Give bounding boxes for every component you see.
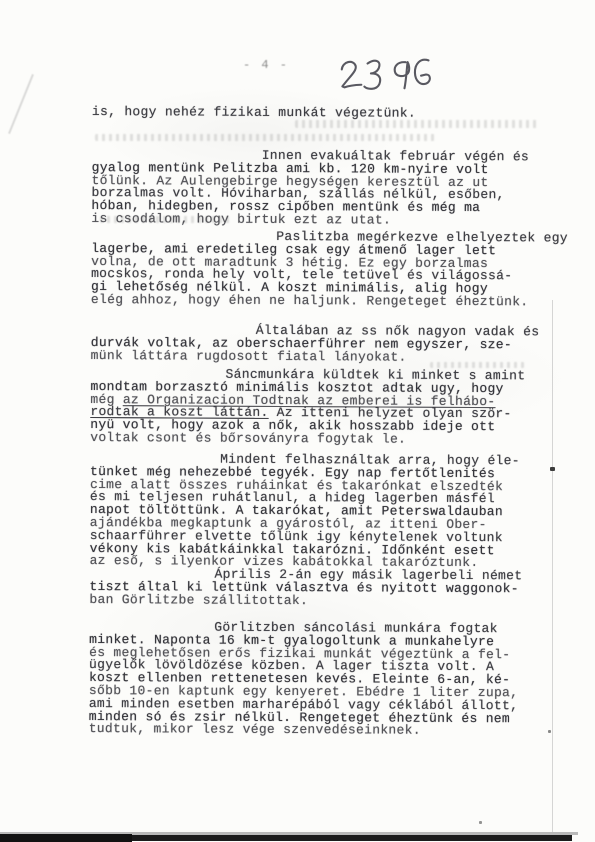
text-line: voltak csont és bőrsoványra fogytak le.: [90, 432, 542, 447]
paragraph-3: Paslitzba megérkezve elhelyeztek egy lag…: [91, 230, 543, 309]
text-line: schaarführer elvette tőlünk igy kénytele…: [90, 530, 542, 545]
paragraph-7: Április 2-án egy másik lagerbeli német t…: [89, 568, 541, 609]
text-line: ban Görlitzbe szállitottak.: [89, 594, 541, 609]
paragraph-4: Általában az ss nők nagyon vadak és durv…: [91, 324, 543, 365]
text-line: tudtuk, mikor lesz vége szenvedéseinknek…: [89, 723, 541, 738]
scan-speck: [550, 467, 555, 471]
text-line: ügyelők lövöldözése közben. A lager tisz…: [89, 659, 541, 674]
text-line: is, hogy nehéz fizikai munkát végeztünk.: [92, 106, 544, 121]
ink-smudge: [95, 134, 435, 141]
text-line: mocskos, ronda hely volt, tele tetüvel é…: [91, 268, 543, 283]
ink-smudge: [430, 362, 525, 368]
text-line: Mindent felhasználtak arra, hogy éle-: [90, 453, 542, 468]
text-segment: Az itteni helyzet olyan ször-: [269, 405, 512, 421]
text-line: ami minden esetben marharépából vagy cék…: [89, 698, 541, 713]
ink-smudge: [295, 120, 540, 128]
scan-bottom-black-bar-left: [0, 834, 132, 842]
paragraph-5: Sáncmunkára küldtek ki minket s amint mo…: [90, 368, 542, 447]
underlined-text-segment: rodtak a koszt láttán.: [90, 404, 268, 420]
text-line: Sáncmunkára küldtek ki minket s amint: [91, 368, 543, 383]
scan-edge-line: [552, 300, 553, 834]
text-line: borzalmas volt. Hóviharban, szállás nélk…: [91, 187, 543, 202]
scan-speck: [548, 730, 551, 733]
text-line: Paslitzba megérkezve elhelyeztek egy: [91, 230, 543, 245]
text-line: elég ahhoz, hogy éhen ne haljunk. Renget…: [91, 294, 543, 309]
text-line: Általában az ss nők nagyon vadak és: [91, 324, 543, 339]
ink-smudge: [100, 216, 230, 223]
scan-speck: [479, 821, 482, 824]
text-line: Innen evakuáltak február végén és: [92, 149, 544, 164]
text-line-underlined: rodtak a koszt láttán. Az itteni helyzet…: [90, 406, 542, 421]
text-line: Április 2-án egy másik lagerbeli német: [89, 568, 541, 583]
text-line: Görlitzben sáncolási munkára fogtak: [89, 621, 541, 636]
paragraph-8: Görlitzben sáncolási munkára fogtak mink…: [89, 621, 542, 739]
text-line: és mi teljesen ruhátlanul, a hideg lager…: [90, 491, 542, 506]
scanned-document-page: - 4 - is, hogy nehéz fizikai munkát vége…: [0, 0, 595, 842]
paragraph-1: is, hogy nehéz fizikai munkát végeztünk.: [92, 106, 544, 121]
paragraph-6: Mindent felhasználtak arra, hogy éle- tü…: [90, 453, 543, 571]
